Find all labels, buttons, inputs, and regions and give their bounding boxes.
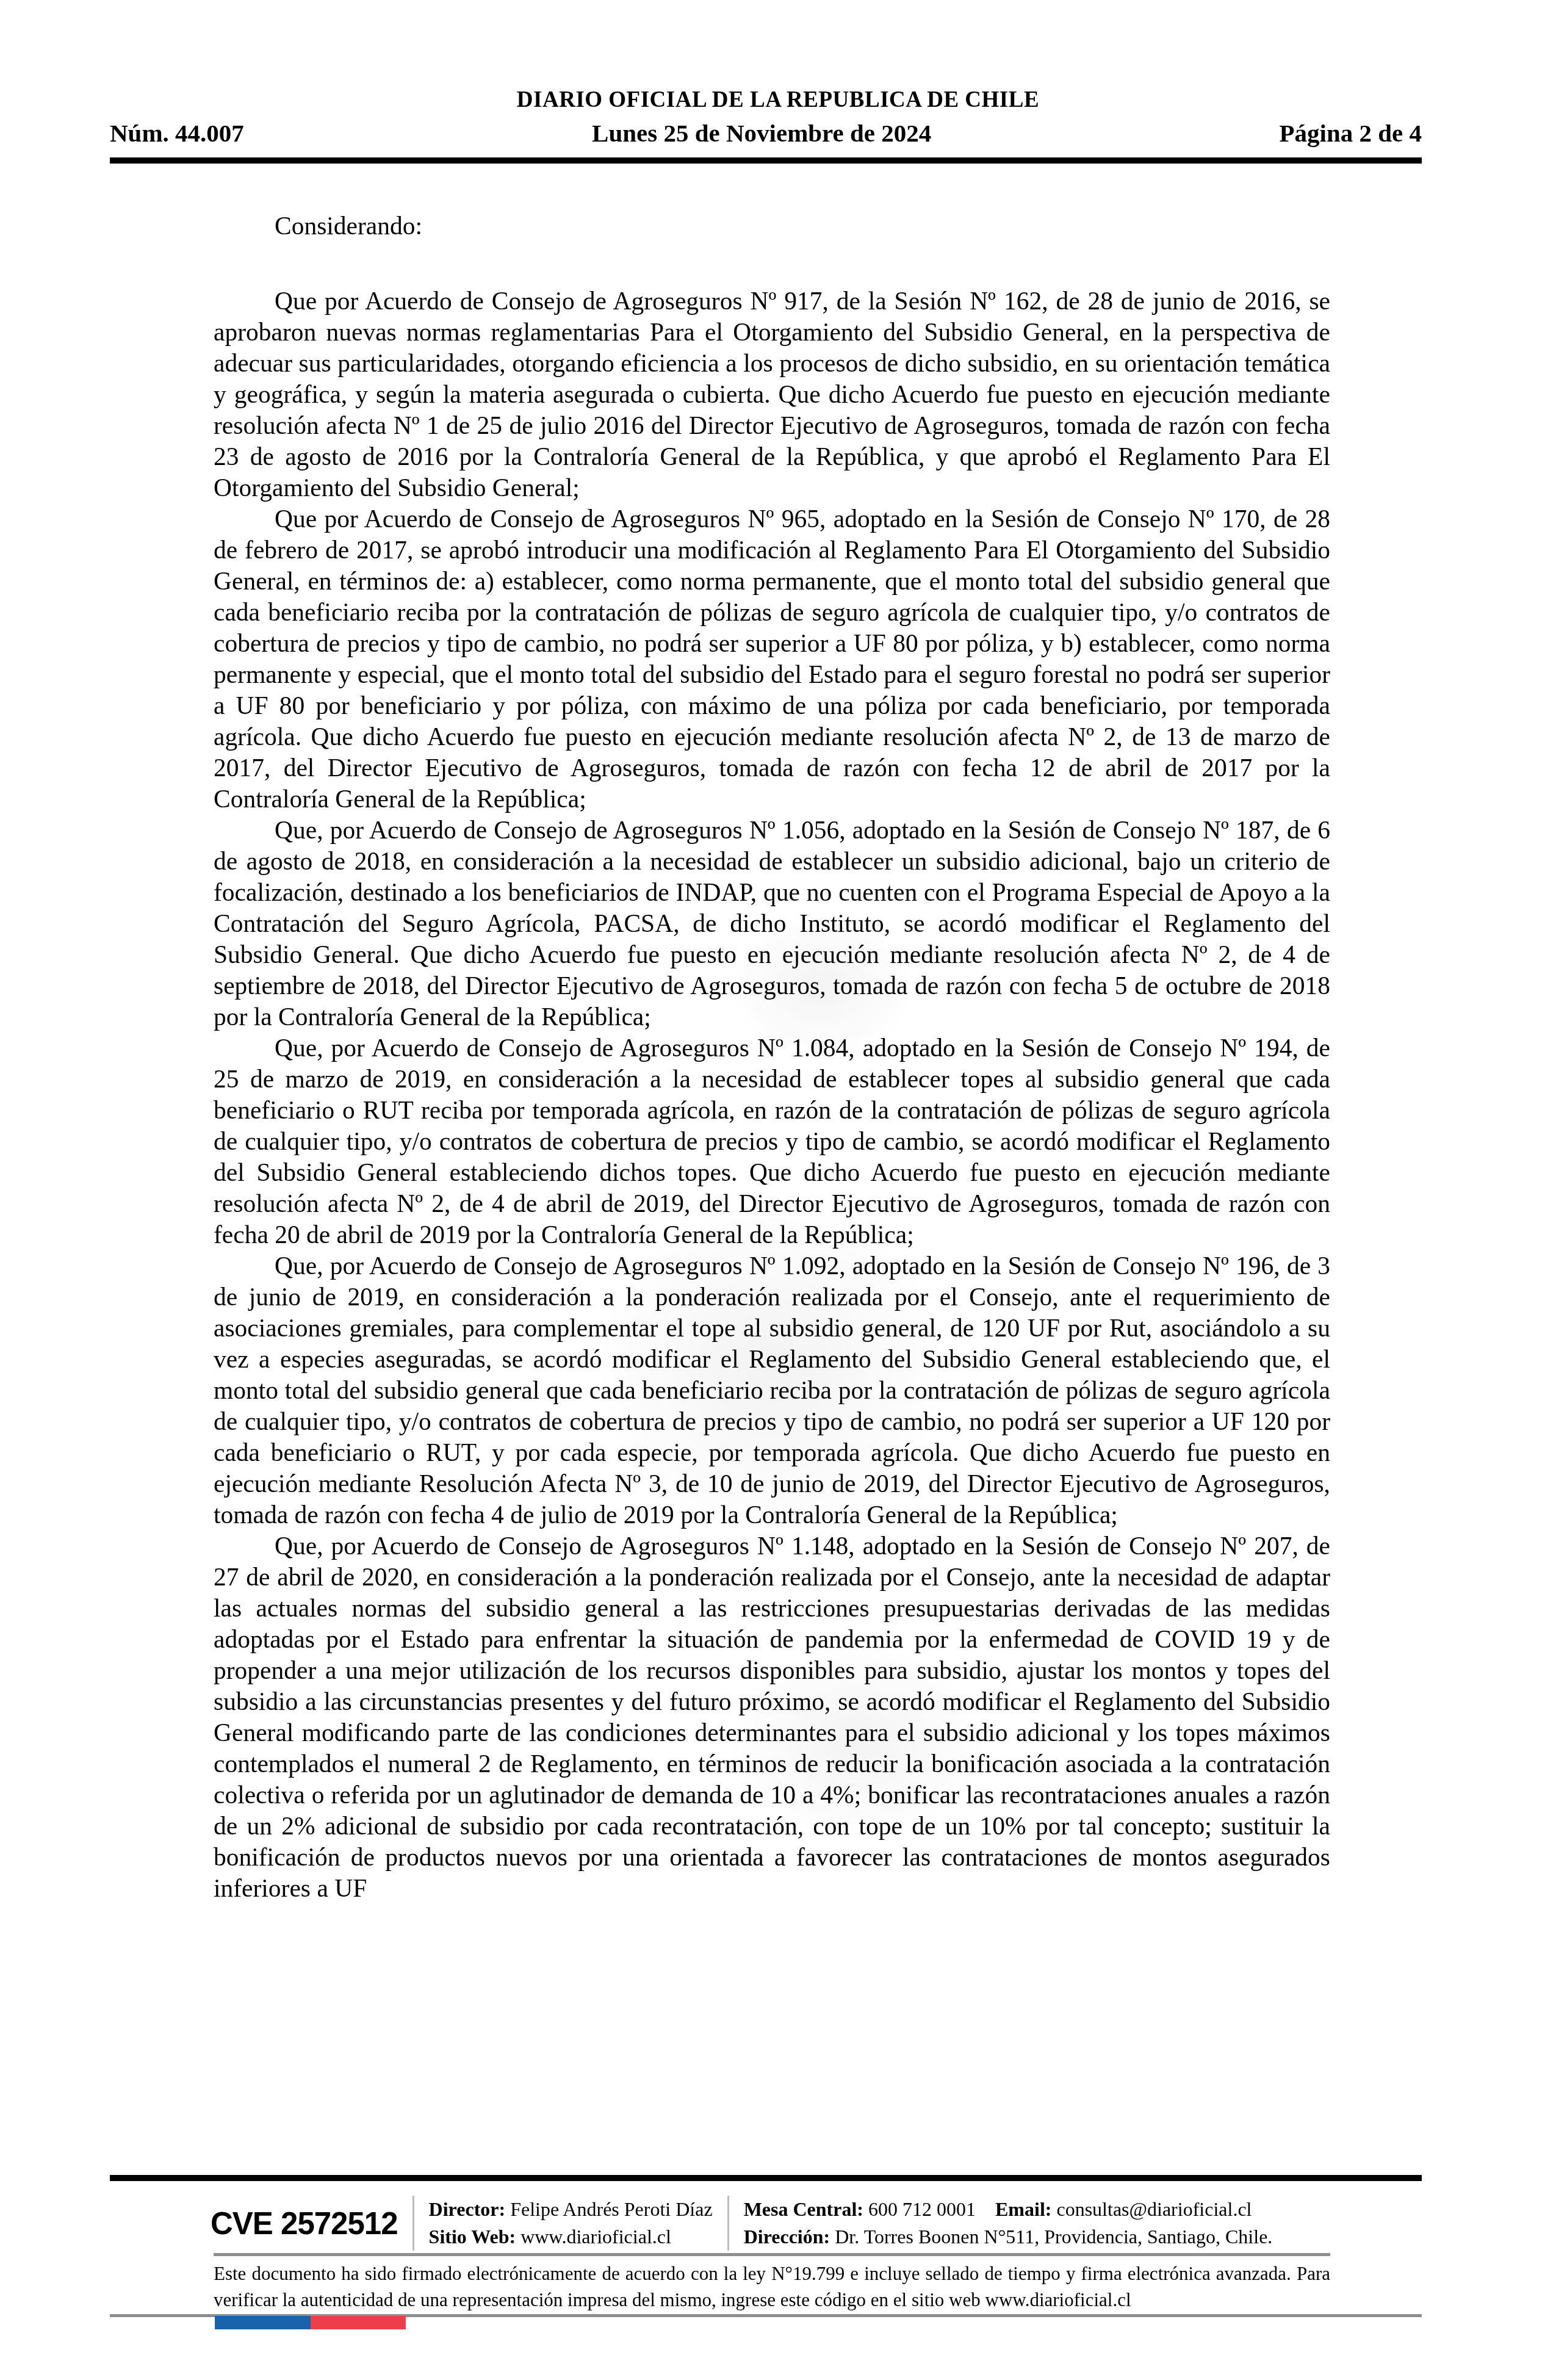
flag-red-segment: [311, 2316, 406, 2329]
body-paragraph-6: Que, por Acuerdo de Consejo de Agrosegur…: [214, 1531, 1330, 1904]
body-paragraph-3: Que, por Acuerdo de Consejo de Agrosegur…: [214, 815, 1330, 1033]
director-line: Director: Felipe Andrés Peroti Díaz: [429, 2196, 713, 2223]
body-paragraph-5: Que, por Acuerdo de Consejo de Agrosegur…: [214, 1250, 1330, 1531]
header-divider-rule: [110, 157, 1422, 164]
email-address: consultas@diarioficial.cl: [1056, 2198, 1252, 2220]
mesa-central-number: 600 712 0001: [868, 2198, 976, 2220]
cve-code: CVE 2572512: [211, 2205, 398, 2241]
header-meta-row: Núm. 44.007 Lunes 25 de Noviembre de 202…: [110, 118, 1422, 148]
body-paragraph-4: Que, por Acuerdo de Consejo de Agrosegur…: [214, 1033, 1330, 1250]
issue-number: Núm. 44.007: [110, 118, 244, 148]
header-date: Lunes 25 de Noviembre de 2024: [592, 118, 931, 148]
footer-info-row: CVE 2572512 Director: Felipe Andrés Pero…: [211, 2196, 1272, 2251]
direccion-value: Dr. Torres Boonen N°511, Providencia, Sa…: [835, 2226, 1272, 2248]
sitio-web-url: www.diarioficial.cl: [520, 2226, 671, 2248]
page-indicator: Página 2 de 4: [1280, 118, 1422, 148]
document-page: DIARIO OFICIAL DE LA REPUBLICA DE CHILE …: [0, 0, 1556, 2380]
footer-separator-1: [412, 2196, 414, 2251]
footer-director-column: Director: Felipe Andrés Peroti Díaz Siti…: [429, 2196, 713, 2251]
signature-disclaimer: Este documento ha sido firmado electróni…: [214, 2260, 1330, 2313]
footer-divider-rule: [110, 2175, 1422, 2181]
email-label: Email:: [995, 2198, 1051, 2220]
body-paragraph-2: Que por Acuerdo de Consejo de Agroseguro…: [214, 503, 1330, 815]
footer-contact-column: Mesa Central: 600 712 0001Email: consult…: [744, 2196, 1273, 2251]
flag-blue-segment: [215, 2316, 311, 2329]
mesa-central-label: Mesa Central:: [744, 2198, 863, 2220]
director-name: Felipe Andrés Peroti Díaz: [510, 2198, 712, 2220]
chile-flag-bar: [215, 2316, 406, 2329]
sitio-web-line: Sitio Web: www.diarioficial.cl: [429, 2223, 713, 2251]
section-heading: Considerando:: [214, 211, 1330, 242]
body-paragraph-1: Que por Acuerdo de Consejo de Agroseguro…: [214, 286, 1330, 503]
mesa-central-line: Mesa Central: 600 712 0001Email: consult…: [744, 2196, 1273, 2223]
disclaimer-top-rule: [214, 2253, 1330, 2256]
document-body: Considerando: Que por Acuerdo de Consejo…: [214, 211, 1330, 1904]
direccion-label: Dirección:: [744, 2226, 830, 2248]
masthead-title: DIARIO OFICIAL DE LA REPUBLICA DE CHILE: [0, 87, 1556, 113]
footer-separator-2: [727, 2196, 729, 2251]
director-label: Director:: [429, 2198, 506, 2220]
sitio-web-label: Sitio Web:: [429, 2226, 516, 2248]
direccion-line: Dirección: Dr. Torres Boonen N°511, Prov…: [744, 2223, 1273, 2251]
